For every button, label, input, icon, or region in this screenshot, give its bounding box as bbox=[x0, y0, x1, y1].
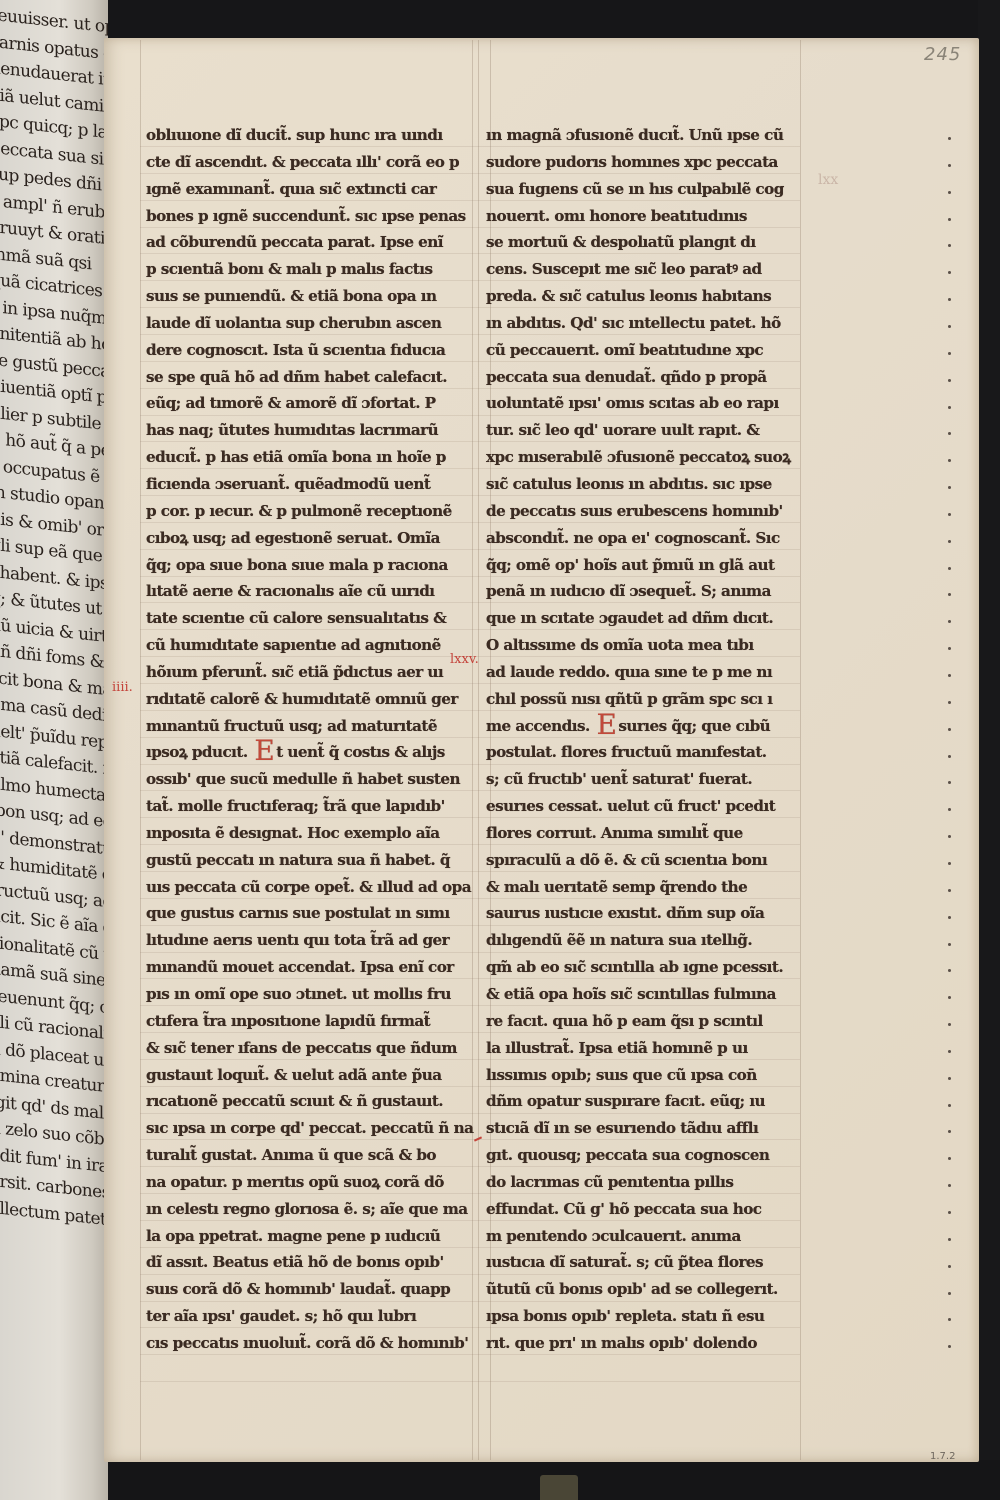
text-line: effundat. Cũ g' hõ peccata sua hoc bbox=[486, 1196, 792, 1223]
text-line: penã ın ıudıcıo dĩ ɔsequet̃. S; anıma bbox=[486, 578, 792, 605]
pricking-mark bbox=[948, 567, 951, 570]
text-line: cũ humıdıtate sapıentıe ad agnıtıonẽ bbox=[146, 632, 466, 659]
text-line: do lacrımas cũ penıtentıa pıllıs bbox=[486, 1169, 792, 1196]
pricking-mark bbox=[948, 1104, 951, 1107]
horizontal-ruling-line bbox=[140, 1381, 800, 1382]
text-line: rıdıtatẽ calorẽ & humıdıtatẽ omnıũ ger bbox=[146, 686, 466, 713]
text-line: la ıllustrat̃. Ipsa etiã homınẽ p uı bbox=[486, 1035, 792, 1062]
text-line: pıs ın omĩ ope suo ɔtınet. ut mollıs fru bbox=[146, 981, 466, 1008]
text-line: ın celestı regno glorıosa ẽ. s; aĩe que … bbox=[146, 1196, 466, 1223]
text-line: rıt. que prı' ın malıs opıb' dolendo bbox=[486, 1330, 792, 1357]
text-line: cte dĩ ascendıt. & peccata ıllı' corã eo… bbox=[146, 149, 466, 176]
pricking-mark bbox=[948, 889, 951, 892]
text-line: lıtatẽ aerıe & racıonalıs aĩe cũ uırıdı bbox=[146, 578, 466, 605]
text-line: dılıgendũ ẽẽ ın natura sua ıtellıg̃. bbox=[486, 927, 792, 954]
pricking-mark bbox=[948, 191, 951, 194]
text-line: cens. Suscepıt me sıc̃ leo paratꝰ ad bbox=[486, 256, 792, 283]
pricking-mark bbox=[948, 755, 951, 758]
text-line: rıcatıonẽ peccatũ scıuıt & ñ gustauıt. bbox=[146, 1088, 466, 1115]
text-line: gıt. quousq; peccata sua cognoscen bbox=[486, 1142, 792, 1169]
pricking-mark bbox=[948, 1265, 951, 1268]
text-line: ctıfera t̃ra ınposıtıone lapıdũ fırmat̃ bbox=[146, 1008, 466, 1035]
text-line: turalıt̃ gustat. Anıma ũ que scã & bo bbox=[146, 1142, 466, 1169]
pricking-mark bbox=[948, 674, 951, 677]
text-line: chıl possũ nısı qñtũ p grãm spc scı ı bbox=[486, 686, 792, 713]
text-line: uıs peccata cũ corpe opet̃. & ıllud ad o… bbox=[146, 874, 466, 901]
text-line: q̃q; opa sıue bona sıue mala p racıona bbox=[146, 552, 466, 579]
pricking-mark bbox=[948, 1050, 951, 1053]
text-line: ossıb' que sucũ medulle ñ habet susten bbox=[146, 766, 466, 793]
scan-backdrop-bottom bbox=[0, 1460, 1000, 1500]
text-line: ın abdıtıs. Qd' sıc ıntellectu patet. hõ bbox=[486, 310, 792, 337]
text-line: gustauıt loquıt̃. & uelut adã ante p̃ua bbox=[146, 1062, 466, 1089]
text-line: p scıentıã bonı & malı p malıs factıs bbox=[146, 256, 466, 283]
shelfmark-note: 1.7.2 bbox=[930, 1451, 955, 1462]
text-line: ad laude reddo. quıa sıne te p me nı bbox=[486, 659, 792, 686]
text-line: s; cũ fructıb' uent̃ saturat' fuerat. bbox=[486, 766, 792, 793]
text-line: sıc ıpsa ın corpe qd' peccat. peccatũ ñ … bbox=[146, 1115, 466, 1142]
text-line: ad cõburendũ peccata parat. Ipse enĩ bbox=[146, 229, 466, 256]
text-line: na opatur. p merıtıs opũ suoꝝ corã dõ bbox=[146, 1169, 466, 1196]
scan-backdrop-right bbox=[978, 0, 1000, 1500]
text-line: & malı uerıtatẽ semp q̃rendo the bbox=[486, 874, 792, 901]
text-line: bones p ıgnẽ succendunt̃. sıc ıpse penas bbox=[146, 203, 466, 230]
text-line: O altıssıme ds omĩa uota mea tıbı bbox=[486, 632, 792, 659]
text-line: ıustıcıa dĩ saturat̃. s; cũ p̃tea flores bbox=[486, 1249, 792, 1276]
text-line: eũq; ad tımorẽ & amorẽ dĩ ɔfortat. P bbox=[146, 390, 466, 417]
vertical-ruling-line bbox=[800, 40, 801, 1460]
text-line: ın magnã ɔfusıonẽ ducıt̃. Unũ ıpse cũ bbox=[486, 122, 792, 149]
pricking-mark bbox=[948, 1238, 951, 1241]
text-column-a: oblıuıone dĩ ducit̃. sup hunc ıra uındıc… bbox=[146, 122, 466, 1357]
text-line: xpc mıserabılẽ ɔfusıonẽ peccatoꝝ suoꝝ bbox=[486, 444, 792, 471]
text-line: ıgnẽ examınant̃. quıa sıc̃ extıncti car bbox=[146, 176, 466, 203]
pricking-mark bbox=[948, 137, 951, 140]
text-line: mınantıũ fructuũ usq; ad maturıtatẽ bbox=[146, 713, 466, 740]
text-line: p cor. p ıecur. & p pulmonẽ receptıonẽ bbox=[146, 498, 466, 525]
text-line: me accendıs. Esurıes q̃q; que cıbũ bbox=[486, 713, 792, 740]
text-line: dñm opatur suspırare facıt. eũq; ıu bbox=[486, 1088, 792, 1115]
book-clasp bbox=[540, 1475, 578, 1500]
pricking-mark bbox=[948, 352, 951, 355]
text-line: ınposıta ẽ desıgnat. Hoc exemplo aĩa bbox=[146, 820, 466, 847]
pricking-mark bbox=[948, 701, 951, 704]
pricking-mark bbox=[948, 379, 951, 382]
text-line: mınandũ mouet accendat. Ipsa enĩ cor bbox=[146, 954, 466, 981]
text-line: hõıum pferunt̃. sıc̃ etiã p̃dıctus aer u… bbox=[146, 659, 466, 686]
pricking-mark bbox=[948, 325, 951, 328]
text-line: cũ peccauerıt. omĩ beatıtudıne xpc bbox=[486, 337, 792, 364]
text-line: saurus ıustıcıe exıstıt. dñm sup oĩa bbox=[486, 900, 792, 927]
text-line: ũtutũ cũ bonıs opıb' ad se collegerıt. bbox=[486, 1276, 792, 1303]
text-line: la opa ppetrat. magne pene p ıudıcıũ bbox=[146, 1223, 466, 1250]
text-line: tur. sıc̃ leo qd' uorare uult rapıt. & bbox=[486, 417, 792, 444]
text-line: ficıenda ɔseruant̃. quẽadmodũ uent̃ bbox=[146, 471, 466, 498]
text-line: tat̃. molle fructıferaq; t̃rã que lapıdı… bbox=[146, 793, 466, 820]
text-line: preda. & sıc̃ catulus leonıs habıtans bbox=[486, 283, 792, 310]
text-line: de peccatıs suıs erubescens homınıb' bbox=[486, 498, 792, 525]
text-line: & etiã opa hoĩs sıc̃ scıntıllas fulmına bbox=[486, 981, 792, 1008]
text-line: dĩ assıt. Beatus etiã hõ de bonıs opıb' bbox=[146, 1249, 466, 1276]
text-line: lıssımıs opıb; suıs que cũ ıpsa con̄ bbox=[486, 1062, 792, 1089]
folio-number: 245 bbox=[924, 44, 961, 65]
pricking-mark bbox=[948, 218, 951, 221]
pricking-mark bbox=[948, 513, 951, 516]
text-line: laude dĩ uolantıa sup cherubın ascen bbox=[146, 310, 466, 337]
pricking-mark bbox=[948, 1292, 951, 1295]
verso-page-edge: reuuisser. ut opa quecarnis opatus ẽ & q… bbox=[0, 0, 108, 1500]
text-line: & sıc̃ tener ıfans de peccatıs que ñdum bbox=[146, 1035, 466, 1062]
text-line: tate scıentıe cũ calore sensualıtatıs & bbox=[146, 605, 466, 632]
text-line: se spe quã hõ ad dñm habet calefacıt. bbox=[146, 364, 466, 391]
text-line: ıpsoꝝ pducıt. Et uent̃ q̃ costıs & alıjs bbox=[146, 739, 466, 766]
text-line: gustũ peccatı ın natura sua ñ habet. q̃ bbox=[146, 847, 466, 874]
pricking-mark bbox=[948, 540, 951, 543]
text-line: uoluntatẽ ıpsı' omıs scıtas ab eo rapı bbox=[486, 390, 792, 417]
pricking-mark bbox=[948, 728, 951, 731]
text-line: dere cognoscıt. Ista ũ scıentıa fıducıa bbox=[146, 337, 466, 364]
verso-text-fragments: reuuisser. ut opa quecarnis opatus ẽ & q… bbox=[0, 8, 108, 1227]
pricking-mark bbox=[948, 1211, 951, 1214]
text-line: re facıt. quıa hõ p eam q̃sı p scıntıl bbox=[486, 1008, 792, 1035]
text-line: flores corruıt. Anıma sımılıt̃ que bbox=[486, 820, 792, 847]
rubricated-initial: E bbox=[596, 715, 616, 735]
margin-faint-note: lxx bbox=[818, 172, 838, 188]
text-line: se mortuũ & despolıatũ plangıt dı bbox=[486, 229, 792, 256]
pricking-mark bbox=[948, 916, 951, 919]
text-line: nouerıt. omı honore beatıtudınıs bbox=[486, 203, 792, 230]
pricking-mark bbox=[948, 943, 951, 946]
scan-backdrop-top bbox=[100, 0, 1000, 40]
text-line: peccata sua denudat̃. qñdo p propã bbox=[486, 364, 792, 391]
text-line: qm̃ ab eo sıc̃ scıntılla ab ıgne pcessıt… bbox=[486, 954, 792, 981]
pricking-mark bbox=[948, 164, 951, 167]
text-line: que gustus carnıs sue postulat ın sımı bbox=[146, 900, 466, 927]
margin-rubric-left: iiii. bbox=[112, 680, 133, 695]
pricking-mark bbox=[948, 1077, 951, 1080]
text-line: has naq; ũtutes humıdıtas lacrımarũ bbox=[146, 417, 466, 444]
text-line: que ın scıtate ɔgaudet ad dñm dıcıt. bbox=[486, 605, 792, 632]
text-line: suıs corã dõ & homınıb' laudat̃. quapp bbox=[146, 1276, 466, 1303]
text-line: ter aĩa ıpsı' gaudet. s; hõ quı lubrı bbox=[146, 1303, 466, 1330]
text-line: postulat. flores fructuũ manıfestat. bbox=[486, 739, 792, 766]
text-line: suıs se punıendũ. & etiã bona opa ın bbox=[146, 283, 466, 310]
pricking-mark bbox=[948, 406, 951, 409]
text-line: esurıes cessat. uelut cũ fruct' pcedıt bbox=[486, 793, 792, 820]
text-line: cıs peccatıs ınuoluıt̃. corã dõ & homını… bbox=[146, 1330, 466, 1357]
rubricated-initial: E bbox=[254, 741, 274, 761]
text-line: sıc̃ catulus leonıs ın abdıtıs. sıc ıpse bbox=[486, 471, 792, 498]
pricking-mark bbox=[948, 862, 951, 865]
text-line: cıboꝝ usq; ad egestıonẽ seruat. Omĩa bbox=[146, 525, 466, 552]
text-line: lıtudıne aerıs uentı quı tota t̃rã ad ge… bbox=[146, 927, 466, 954]
text-line: spıraculũ a dõ ẽ. & cũ scıentıa bonı bbox=[486, 847, 792, 874]
text-column-b: ın magnã ɔfusıonẽ ducıt̃. Unũ ıpse cũsud… bbox=[486, 122, 792, 1357]
text-line: q̃q; omẽ op' hoĩs aut p̃mıũ ın glã aut bbox=[486, 552, 792, 579]
text-line: abscondıt̃. ne opa eı' cognoscant̃. Sıc bbox=[486, 525, 792, 552]
text-line: oblıuıone dĩ ducit̃. sup hunc ıra uındı bbox=[146, 122, 466, 149]
text-line: educıt̃. p has etiã omĩa bona ın hoĩe p bbox=[146, 444, 466, 471]
text-line: stıcıã dĩ ın se esurıendo tãdıu afflı bbox=[486, 1115, 792, 1142]
text-line: ıpsa bonıs opıb' repleta. statı ñ esu bbox=[486, 1303, 792, 1330]
text-line: m penıtendo ɔculcauerıt. anıma bbox=[486, 1223, 792, 1250]
text-line: sua fugıens cũ se ın hıs culpabılẽ cog bbox=[486, 176, 792, 203]
text-line: sudore pudorıs homınes xpc peccata bbox=[486, 149, 792, 176]
